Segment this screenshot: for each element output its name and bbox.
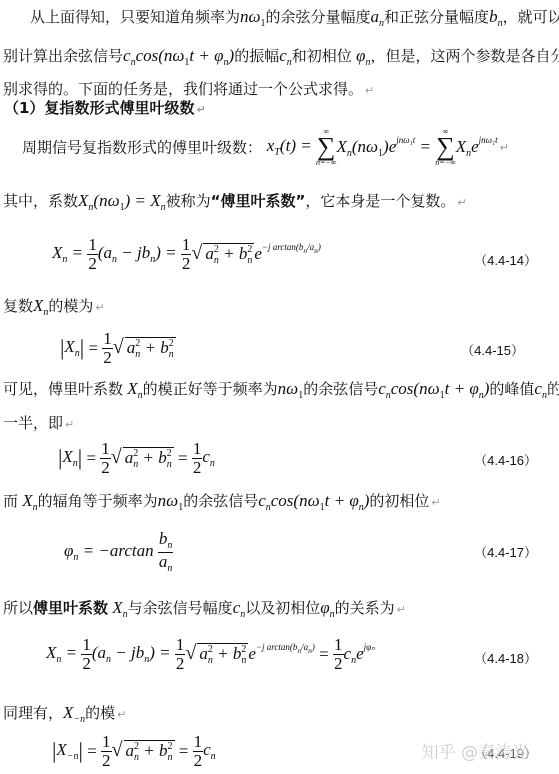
intro-line-2: 别计算出余弦信号cncos(nω1t + φn)的振幅cn和初相位 φn，但是，… bbox=[3, 45, 559, 68]
cos: cos bbox=[136, 46, 159, 65]
sum-symbol: ∞∑n=−∞ bbox=[316, 128, 337, 166]
math-bn: bn bbox=[489, 7, 503, 26]
fraction: bnan bbox=[158, 530, 174, 574]
text: 一半，即 bbox=[3, 414, 63, 432]
text: ，但是，这两个参数是各自分 bbox=[370, 47, 559, 65]
paragraph-mark-icon: ↵ bbox=[431, 496, 440, 509]
coef-line: 其中，系数Xn(nω1) = Xn被称为“傅里叶系数”，它本身是一个复数。↵ bbox=[3, 190, 467, 213]
equation-4-4-18: Xn = 12(an − jbn) = 12√a2n + b2ne−j arct… bbox=[46, 636, 559, 673]
text: 的余弦信号 bbox=[183, 492, 258, 510]
paragraph-mark-icon: ↵ bbox=[95, 301, 104, 314]
text: 而 bbox=[3, 492, 18, 510]
text: 可见，傅里叶系数 bbox=[3, 380, 123, 398]
text: 和正弦分量幅度 bbox=[384, 8, 489, 26]
series-line: 周期信号复指数形式的傅里叶级数： xT(t) = ∞∑n=−∞Xn(nω1)ej… bbox=[22, 128, 509, 166]
fraction: 12 bbox=[193, 733, 204, 770]
text: 同理有， bbox=[3, 704, 63, 722]
fraction: 12 bbox=[100, 440, 111, 477]
intro-line-1: 从上面得知，只要知道角频率为nω1的余弦分量幅度an和正弦分量幅度bn，就可以分 bbox=[30, 6, 559, 29]
math-n-omega1: nω1 bbox=[240, 7, 266, 26]
text: 从上面得知，只要知道角频率为 bbox=[30, 8, 240, 26]
text: 和初相位 bbox=[292, 47, 352, 65]
text: 别计算出余弦信号 bbox=[3, 47, 123, 65]
text: 的辐角等于频率为 bbox=[38, 492, 158, 510]
equation-number: （4.4-15） bbox=[461, 340, 524, 359]
equation-number: （4.4-16） bbox=[474, 450, 537, 469]
equation-4-4-14: Xn = 12(an − jbn) = 12√a2n + b2ne−j arct… bbox=[52, 236, 559, 273]
text: 的初相位 bbox=[369, 492, 429, 510]
visible-line-2: 一半，即↵ bbox=[3, 412, 74, 433]
text: 的余弦信号 bbox=[303, 380, 378, 398]
intro-line-3: 别求得的。下面的任务是，我们将通过一个公式求得。↵ bbox=[3, 78, 374, 99]
sqrt-icon: √ bbox=[191, 242, 202, 264]
similar-line: 同理有，X−n的模↵ bbox=[3, 702, 126, 725]
text: 其中，系数 bbox=[3, 192, 78, 210]
math-cn: cn bbox=[279, 46, 292, 65]
paragraph-mark-icon: ↵ bbox=[500, 141, 509, 154]
relation-line: 所以傅里叶系数 Xn与余弦信号幅度cn以及初相位φn的关系为↵ bbox=[3, 597, 406, 620]
paragraph-mark-icon: ↵ bbox=[397, 603, 406, 616]
text: ，它本身是一个复数。 bbox=[305, 192, 455, 210]
text: 的 bbox=[547, 380, 559, 398]
fraction: 12 bbox=[102, 330, 113, 367]
paragraph-mark-icon: ↵ bbox=[65, 418, 74, 431]
math-phin: φn bbox=[352, 46, 371, 65]
equation-4-4-16: |Xn| = 12√a2n + b2n = 12cn （4.4-16） bbox=[58, 440, 559, 477]
math-cosine-signal: cncos(nω1t + φn) bbox=[123, 46, 234, 65]
arg-line: 而 Xn的辐角等于频率为nω1的余弦信号cncos(nω1t + φn)的初相位… bbox=[3, 490, 441, 513]
fraction: 12 bbox=[101, 733, 112, 770]
text: 复数 bbox=[3, 297, 33, 315]
text: 的余弦分量幅度 bbox=[266, 8, 371, 26]
text: 周期信号复指数形式的傅里叶级数： bbox=[22, 138, 262, 156]
text: 的峰值 bbox=[489, 380, 534, 398]
text: 的模正好等于频率为 bbox=[143, 380, 278, 398]
math-coef: Xn(nω1) = Xn bbox=[78, 191, 166, 210]
visible-line: 可见，傅里叶系数 Xn的模正好等于频率为nω1的余弦信号cncos(nω1t +… bbox=[3, 378, 559, 401]
section-heading: （1）复指数形式傅里叶级数↵ bbox=[4, 97, 206, 118]
math-series: xT(t) = bbox=[267, 136, 316, 155]
text: 以及初相位 bbox=[245, 599, 320, 617]
fraction: 12 bbox=[192, 440, 203, 477]
text: 与余弦信号幅度 bbox=[128, 599, 233, 617]
fraction: 12 bbox=[181, 236, 192, 273]
equation-number: （4.4-18） bbox=[474, 648, 537, 667]
fraction: 12 bbox=[81, 636, 92, 673]
paragraph-mark-icon: ↵ bbox=[196, 103, 205, 116]
heading-text: （1）复指数形式傅里叶级数 bbox=[4, 99, 194, 117]
text: 被称为 bbox=[166, 192, 211, 210]
text: 别求得的。下面的任务是，我们将通过一个公式求得。 bbox=[3, 80, 363, 98]
sqrt-icon: √ bbox=[185, 642, 196, 664]
text: 的振幅 bbox=[234, 47, 279, 65]
fraction: 12 bbox=[333, 636, 344, 673]
paragraph-mark-icon: ↵ bbox=[117, 708, 126, 721]
sum-symbol: ∞∑n=−∞ bbox=[435, 128, 456, 166]
fraction: 12 bbox=[87, 236, 98, 273]
paragraph-mark-icon: ↵ bbox=[365, 84, 374, 97]
math-an: an bbox=[371, 7, 385, 26]
fraction: 12 bbox=[175, 636, 186, 673]
modulus-intro-line: 复数Xn的模为↵ bbox=[3, 295, 105, 318]
bold-term: 傅里叶系数 bbox=[33, 599, 108, 617]
equation-4-4-15: |Xn| = 12√a2n + b2n （4.4-15） bbox=[60, 330, 559, 367]
equation-number: （4.4-17） bbox=[474, 542, 537, 561]
sqrt-icon: √ bbox=[111, 446, 122, 468]
text: 所以 bbox=[3, 599, 33, 617]
equation-4-4-17: φn = −arctan bnan （4.4-17） bbox=[64, 530, 559, 574]
text: 的模 bbox=[85, 704, 115, 722]
sqrt-icon: √ bbox=[113, 336, 124, 358]
text: 的模为 bbox=[48, 297, 93, 315]
bold-term: “傅里叶系数” bbox=[211, 192, 306, 210]
text: ，就可以分 bbox=[503, 8, 559, 26]
equation-number: （4.4-14） bbox=[474, 250, 537, 269]
watermark: 知乎 @秦涛光 bbox=[422, 738, 529, 763]
text: 的关系为 bbox=[335, 599, 395, 617]
paragraph-mark-icon: ↵ bbox=[457, 196, 466, 209]
sqrt-icon: √ bbox=[112, 739, 123, 761]
